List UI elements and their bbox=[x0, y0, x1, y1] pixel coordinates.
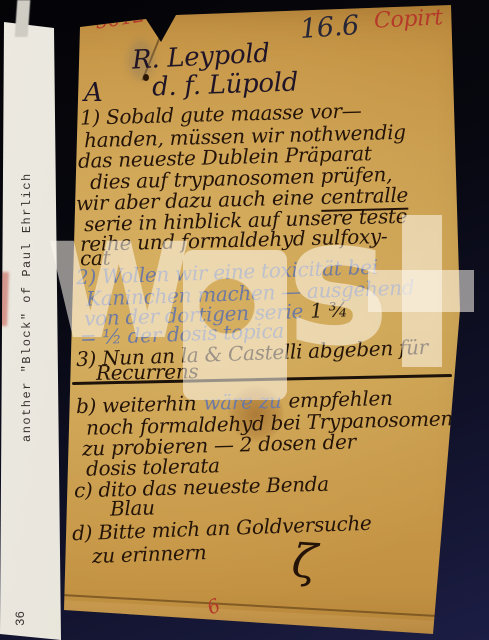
watermark-plus-icon bbox=[368, 270, 474, 312]
red-stamp-fragment bbox=[0, 272, 9, 326]
copy-stamp: Copirt bbox=[373, 7, 443, 33]
label-strip-top-fragment bbox=[15, 0, 31, 37]
note-line: Blau bbox=[110, 497, 155, 518]
red-serial-number: 5612 bbox=[94, 4, 146, 32]
signature-squiggle: ζ bbox=[290, 533, 319, 589]
note-line: zu erinnern bbox=[92, 542, 207, 566]
date-mark: 16.6 bbox=[299, 12, 360, 43]
archive-page-number: 36 bbox=[14, 592, 28, 626]
watermark-letter-w: W bbox=[46, 226, 192, 358]
watermark-letter-p-tile bbox=[183, 250, 287, 400]
photograph-of-ehrlich-note: another "Block" of Paul Ehrlich 36 5612 … bbox=[0, 0, 489, 640]
addressee-prefix: A bbox=[84, 80, 102, 106]
archive-label-caption: another "Block" of Paul Ehrlich bbox=[20, 186, 34, 442]
addressee-line-2: d. f. Lüpold bbox=[152, 69, 299, 100]
paper-hole bbox=[143, 74, 149, 81]
